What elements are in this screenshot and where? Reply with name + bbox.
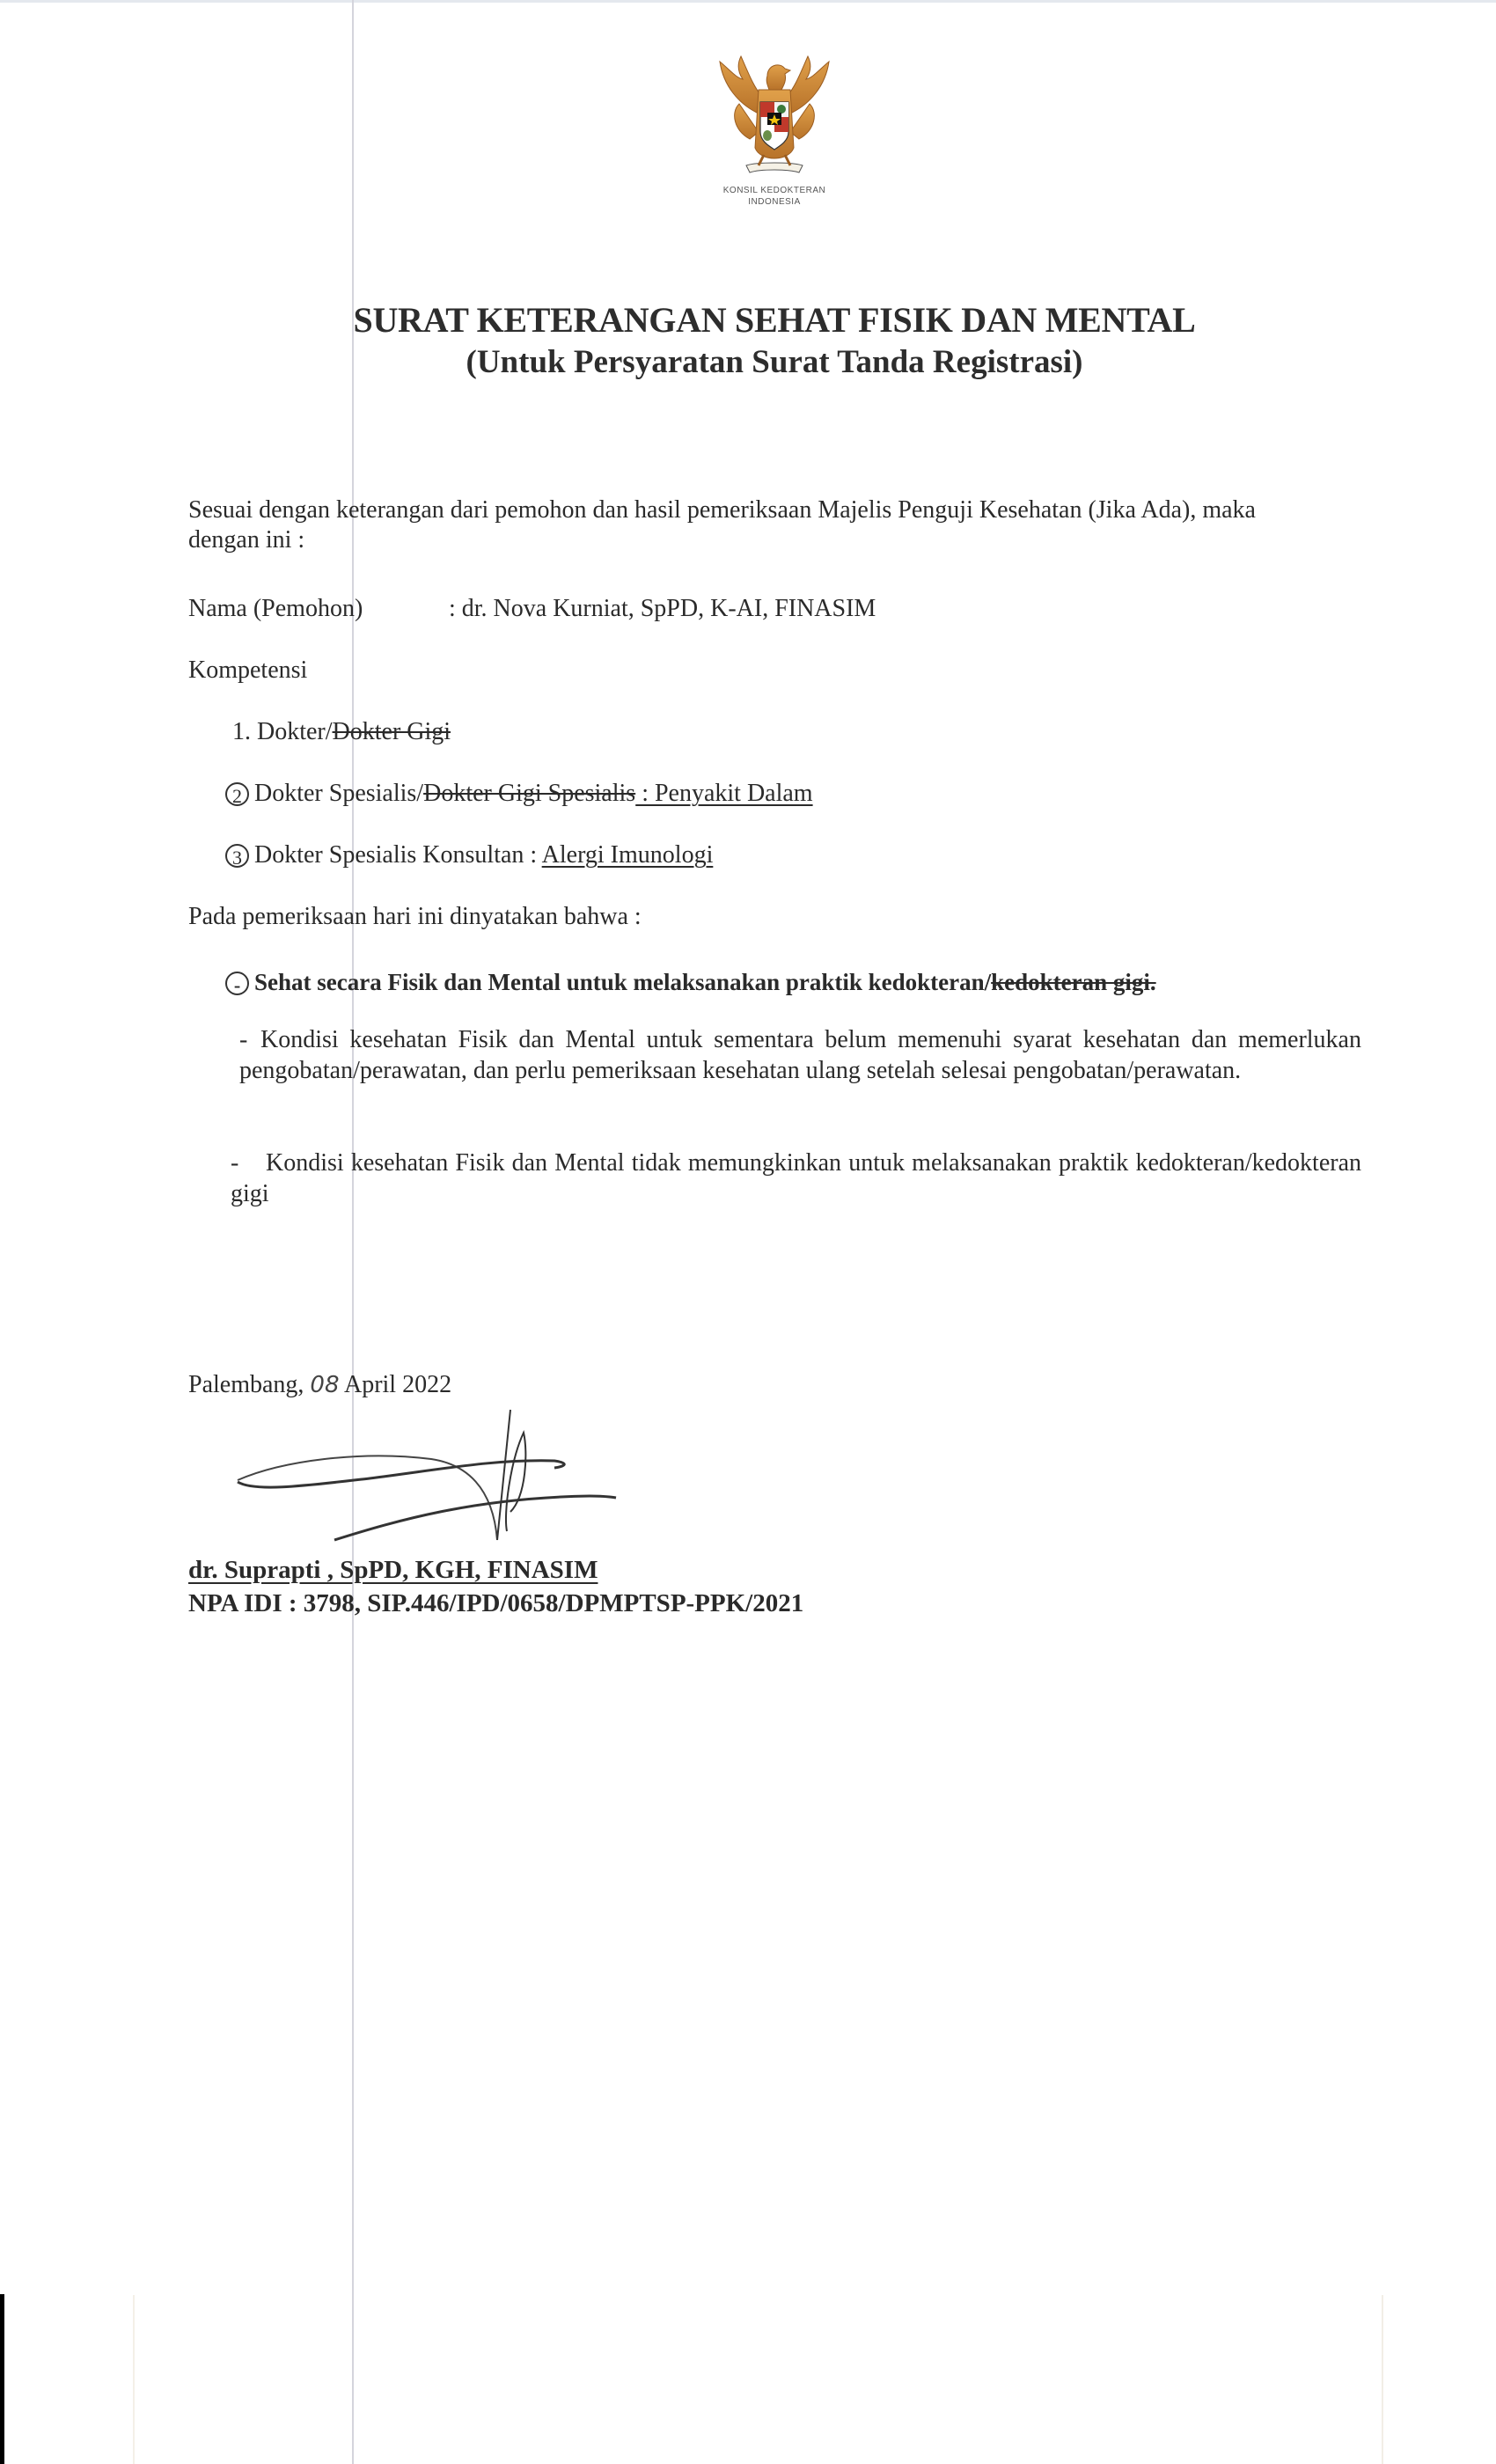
struck-text: Dokter Gigi Spesialis [423, 780, 635, 807]
intro-line-1: Sesuai dengan keterangan dari pemohon da… [188, 496, 1256, 524]
struck-text: Dokter Gigi [333, 718, 451, 745]
competence-item-3: 3Dokter Spesialis Konsultan : Alergi Imu… [225, 841, 713, 869]
finding-option-healthy: -Sehat secara Fisik dan Mental untuk mel… [225, 968, 1156, 996]
finding-option-temporary: - Kondisi kesehatan Fisik dan Mental unt… [239, 1024, 1361, 1086]
findings-label: Pada pemeriksaan hari ini dinyatakan bah… [188, 903, 642, 931]
item-marker: 1. [232, 718, 251, 745]
applicant-label: Nama (Pemohon) [188, 595, 363, 623]
scan-black-bar [0, 2294, 4, 2464]
handwritten-signature-icon [229, 1408, 722, 1558]
place-date: Palembang, 08 April 2022 [188, 1371, 451, 1399]
scan-faint-line [1382, 2295, 1383, 2464]
garuda-emblem-icon [704, 51, 845, 201]
signer-name: dr. Suprapti , SpPD, KGH, FINASIM [188, 1556, 598, 1584]
circled-selection-icon: - [225, 972, 249, 995]
dash-marker: - [239, 1024, 247, 1055]
option-text: Sehat secara Fisik dan Mental untuk mela… [254, 969, 991, 995]
item-text: Dokter/ [257, 718, 333, 745]
finding-option-unfit: - Kondisi kesehatan Fisik dan Mental tid… [231, 1148, 1361, 1209]
circled-number-2-icon: 2 [225, 782, 249, 806]
item-text: Dokter Spesialis Konsultan : [254, 841, 542, 869]
handwritten-day: 08 [310, 1372, 339, 1398]
option-text: Kondisi kesehatan Fisik dan Mental tidak… [231, 1149, 1361, 1207]
dash-marker: - [231, 1148, 238, 1178]
competence-item-1: 1. Dokter/Dokter Gigi [232, 718, 451, 746]
item-text: Dokter Spesialis/ [254, 780, 423, 807]
scan-top-edge [0, 0, 1496, 3]
specialty-value: : Penyakit Dalam [635, 780, 812, 807]
circled-number-3-icon: 3 [225, 844, 249, 868]
place-text: Palembang, [188, 1371, 304, 1398]
logo-caption: KONSIL KEDOKTERAN INDONESIA [695, 185, 854, 208]
document-subtitle: (Untuk Persyaratan Surat Tanda Registras… [0, 343, 1496, 381]
intro-line-2: dengan ini : [188, 526, 304, 554]
competence-item-2: 2Dokter Spesialis/Dokter Gigi Spesialis … [225, 780, 813, 808]
subspecialty-value: Alergi Imunologi [542, 841, 714, 869]
competence-label: Kompetensi [188, 656, 307, 685]
date-text: April 2022 [344, 1371, 451, 1398]
scan-faint-line [133, 2295, 135, 2464]
struck-text: kedokteran gigi. [991, 969, 1156, 995]
document-title: SURAT KETERANGAN SEHAT FISIK DAN MENTAL [0, 299, 1496, 341]
signer-credentials: NPA IDI : 3798, SIP.446/IPD/0658/DPMPTSP… [188, 1589, 803, 1617]
applicant-name: : dr. Nova Kurniat, SpPD, K-AI, FINASIM [449, 595, 876, 623]
option-text: Kondisi kesehatan Fisik dan Mental untuk… [239, 1026, 1361, 1084]
